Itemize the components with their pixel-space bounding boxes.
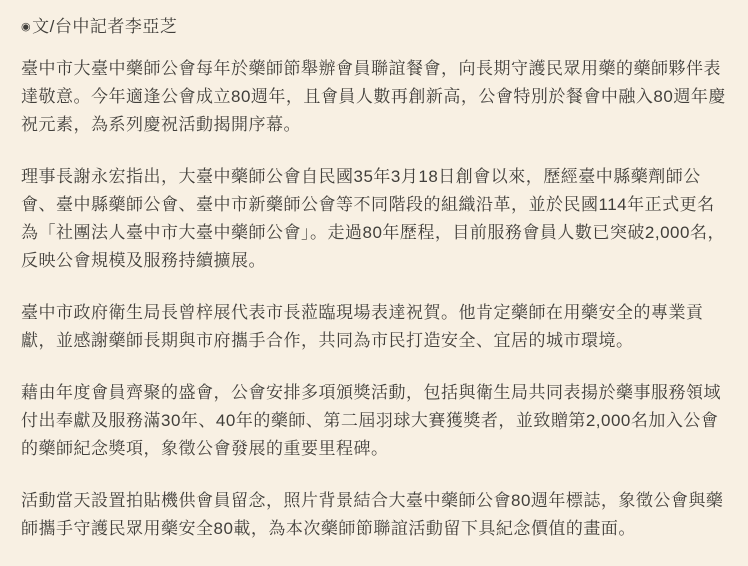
article-paragraph: 臺中市政府衛生局長曾梓展代表市長蒞臨現場表達祝賀。他肯定藥師在用藥安全的專業貢獻…: [21, 299, 728, 355]
article-paragraph: 藉由年度會員齊聚的盛會，公會安排多項頒獎活動，包括與衛生局共同表揚於藥事服務領域…: [21, 379, 728, 463]
article-paragraph: 臺中市大臺中藥師公會每年於藥師節舉辦會員聯誼餐會，向長期守護民眾用藥的藥師夥伴表…: [21, 55, 728, 139]
byline-text: 文/台中記者李亞芝: [32, 17, 177, 36]
article-paragraph: 理事長謝永宏指出，大臺中藥師公會自民國35年3月18日創會以來，歷經臺中縣藥劑師…: [21, 163, 728, 275]
article-page: ◉文/台中記者李亞芝 臺中市大臺中藥師公會每年於藥師節舉辦會員聯誼餐會，向長期守…: [0, 0, 748, 566]
byline-bullet-icon: ◉: [21, 21, 31, 33]
article-paragraph: 活動當天設置拍貼機供會員留念，照片背景結合大臺中藥師公會80週年標誌，象徵公會與…: [21, 487, 728, 543]
byline: ◉文/台中記者李亞芝: [21, 13, 728, 41]
